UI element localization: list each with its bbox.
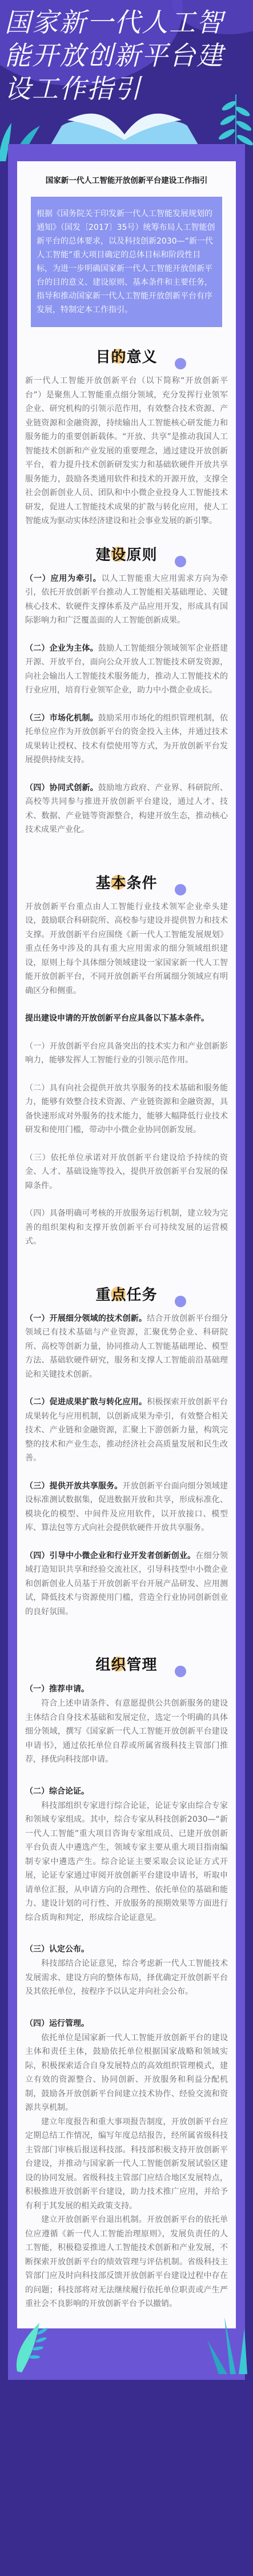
footer-band [0, 2380, 253, 2391]
intro-text: 根据《国务院关于印发新一代人工智能发展规划的通知》（国发〔2017〕35号）统筹… [37, 207, 216, 317]
hero-banner: 国家新一代人工智能开放创新平台建设工作指引 [0, 0, 253, 161]
conditions-lead: 提出建设申请的开放创新平台应具备以下基本条件。 [25, 1012, 228, 1026]
section-heading-principles: 建设原则 [25, 542, 228, 568]
management-paragraph: 依托单位是国家新一代人工智能开放创新平台的建设主体和责任主体，鼓励依托单位根据国… [25, 2031, 228, 2115]
document-title: 国家新一代人工智能开放创新平台建设工作指引 [25, 174, 228, 185]
management-item-title: （二）综合论证。 [25, 1784, 228, 1799]
task-item: （一）开展细分领域的技术创新。结合开放创新平台细分领域已有技术基础与产业资源，汇… [25, 1312, 228, 1382]
management-item-title: （三）认定公布。 [25, 1942, 228, 1957]
conditions-body: 开放创新平台重点由人工智能行业技术领军企业牵头建设，鼓励联合科研院所、高校参与建… [25, 900, 228, 998]
management-item-title: （一）推荐申请。 [25, 1682, 228, 1697]
task-item: （三）提供开放共享服务。开放创新平台面向细分领域建设标准测试数据集，促进数据开放… [25, 1479, 228, 1535]
principle-item: （二）企业为主体。鼓励人工智能细分领域领军企业搭建开源、开放平台，面向公众开放人… [25, 642, 228, 698]
section-heading-management: 组织管理 [25, 1652, 228, 1678]
condition-item: （二）具有向社会提供开放共享服务的技术基础和服务能力，能够有效整合技术资源、产业… [25, 1081, 228, 1137]
intro-box: 根据《国务院关于印发新一代人工智能发展规划的通知》（国发〔2017〕35号）统筹… [31, 197, 222, 327]
task-item: （二）促进成果扩散与转化应用。积极探索开放创新平台成果转化与应用机制，以创新成果… [25, 1395, 228, 1466]
section-heading-tasks: 重点任务 [25, 1282, 228, 1308]
management-paragraph: 科技部结合论证意见，综合考虑新一代人工智能技术发展需求、建设方向的整体布局，择优… [25, 1957, 228, 1999]
management-paragraph: 建立开放创新平台退出机制。开放创新平台的依托单位应遵循《新一代人工智能治理原则》… [25, 2213, 228, 2311]
plant-bottom-left-icon [14, 2320, 54, 2374]
condition-item: （四）具备明确可考核的开放服务运行机制，建立较为完善的组织架构和支撑开放创新平台… [25, 1207, 228, 1249]
task-item: （四）引导中小微企业和行业开发者创新创业。在细分领域打造知识共享和经验交流社区，… [25, 1549, 228, 1619]
management-item-title: （四）运行管理。 [25, 2016, 228, 2031]
condition-item: （一）开放创新平台应具备突出的技术实力和产业创新影响力，能够发挥人工智能行业的引… [25, 1040, 228, 1068]
document-card: 国家新一代人工智能开放创新平台建设工作指引 根据《国务院关于印发新一代人工智能发… [17, 161, 236, 2328]
plant-bottom-right-icon [207, 2317, 247, 2374]
section-heading-purpose: 目的意义 [25, 344, 228, 371]
section-heading-conditions: 基本条件 [25, 870, 228, 897]
principle-item: （一）应用为牵引。以人工智能重大应用需求方向为牵引，依托开放创新平台推动人工智能… [25, 572, 228, 628]
principle-item: （三）市场化机制。鼓励采用市场化的组织管理机制，依托单位应作为开放创新平台的资金… [25, 711, 228, 767]
management-paragraph: 建立年度报告和重大事项报告制度，开放创新平台应定期总结工作情况，编写年度总结报告… [25, 2115, 228, 2213]
condition-item: （三）依托单位承诺对开放创新平台建设给予持续的资金、人才、基础设施等投入，提供开… [25, 1151, 228, 1193]
management-paragraph: 符合上述申请条件、有意愿提供公共创新服务的建设主体结合自身技术基础和发展定位，选… [25, 1697, 228, 1767]
purpose-body: 新一代人工智能开放创新平台（以下简称“开放创新平台”）是聚焦人工智能重点细分领域… [25, 374, 228, 528]
management-paragraph: 科技部组织专家进行综合论证，论证专家由综合专家和领域专家组成。其中，综合专家从科… [25, 1799, 228, 1925]
principle-item: （四）协同式创新。鼓励地方政府、产业界、科研院所、高校等共同参与推进开放创新平台… [25, 781, 228, 837]
content-frame: 国家新一代人工智能开放创新平台建设工作指引 根据《国务院关于印发新一代人工智能发… [8, 144, 245, 2380]
